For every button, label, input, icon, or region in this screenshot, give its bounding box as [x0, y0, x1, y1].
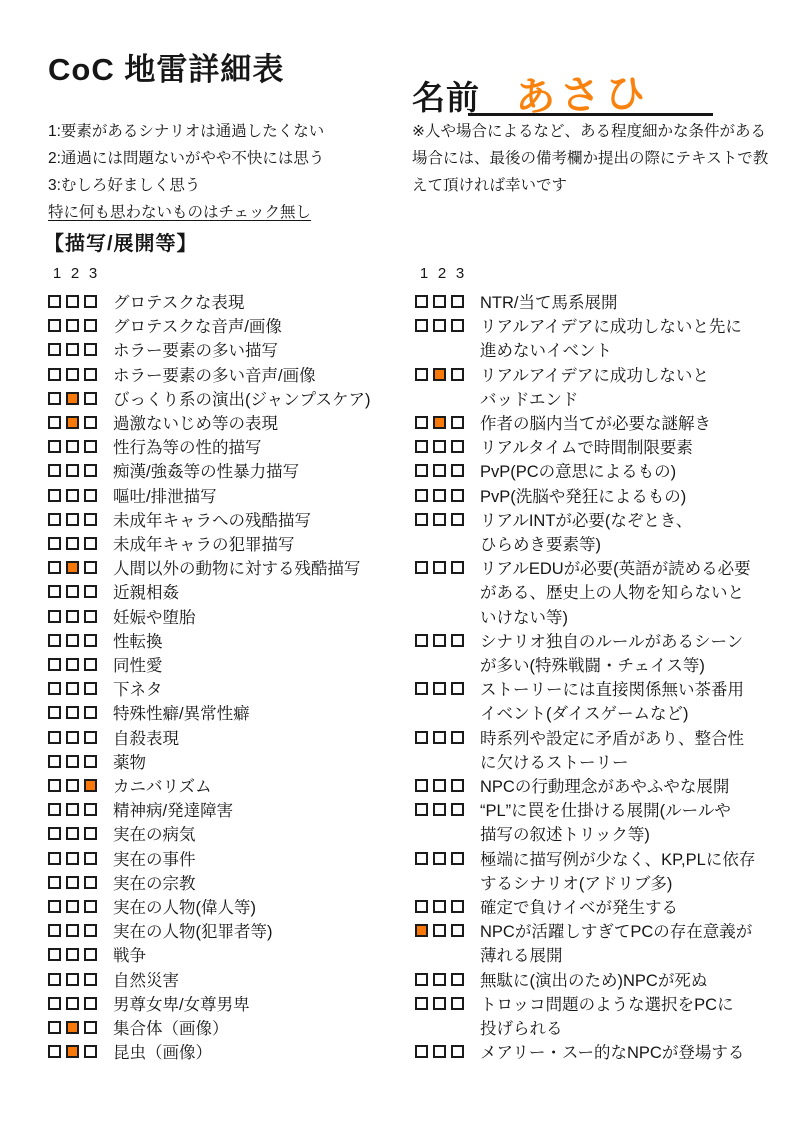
- checkbox-2[interactable]: [66, 513, 79, 526]
- checkbox-1[interactable]: [48, 973, 61, 986]
- checkbox-3[interactable]: [84, 731, 97, 744]
- checkbox-1[interactable]: [415, 973, 428, 986]
- checklist-item-label: 特殊性癖/異常性癖: [113, 702, 250, 726]
- checkbox-2[interactable]: [433, 900, 446, 913]
- checkbox-2-checked[interactable]: [66, 392, 79, 405]
- checklist-item: 近親相姦: [48, 581, 371, 605]
- checkbox-1[interactable]: [48, 876, 61, 889]
- checklist-item-label: トロッコ問題のような選択をPCに投げられる: [480, 993, 734, 1041]
- checkbox-group: [415, 1041, 464, 1058]
- section-title: 【描写/展開等】: [44, 227, 198, 256]
- checklist-item-label: 痴漢/強姦等の性暴力描写: [113, 460, 299, 484]
- checkbox-3[interactable]: [451, 634, 464, 647]
- checklist-item-label: シナリオ独自のルールがあるシーンが多い(特殊戦闘・チェイス等): [480, 630, 743, 678]
- checkbox-2[interactable]: [66, 610, 79, 623]
- checkbox-3[interactable]: [84, 948, 97, 961]
- checkbox-3[interactable]: [451, 319, 464, 332]
- checkbox-1[interactable]: [48, 658, 61, 671]
- checkbox-2[interactable]: [66, 658, 79, 671]
- checkbox-3[interactable]: [451, 561, 464, 574]
- checkbox-group: [415, 485, 464, 502]
- checklist-item-label: 戦争: [113, 944, 146, 968]
- checklist-item-label: 薬物: [113, 751, 146, 775]
- checkbox-2-checked[interactable]: [66, 1021, 79, 1034]
- checkbox-1[interactable]: [48, 343, 61, 356]
- checklist-item-label: リアルアイデアに成功しないと先に進めないイベント: [480, 315, 742, 363]
- checklist-item: PvP(PCの意思によるもの): [415, 460, 755, 484]
- checkbox-3[interactable]: [451, 464, 464, 477]
- checklist-item: 自殺表現: [48, 727, 371, 751]
- checklist-item-label: 無駄に(演出のため)NPCが死ぬ: [480, 969, 707, 993]
- checklist-item-label: 未成年キャラの犯罪描写: [113, 533, 295, 557]
- checkbox-3[interactable]: [84, 682, 97, 695]
- checkbox-group: [48, 533, 97, 550]
- checkbox-1[interactable]: [48, 295, 61, 308]
- checkbox-2[interactable]: [66, 827, 79, 840]
- scale-header-left: 1 2 3: [48, 265, 102, 282]
- checkbox-3[interactable]: [84, 803, 97, 816]
- handwritten-name: あさひ: [514, 61, 651, 123]
- checkbox-1[interactable]: [415, 634, 428, 647]
- checklist-item-label: ストーリーには直接関係無い茶番用イベント(ダイスゲームなど): [480, 678, 744, 726]
- checkbox-3[interactable]: [84, 610, 97, 623]
- checklist-item: グロテスクな音声/画像: [48, 315, 371, 339]
- checkbox-1[interactable]: [48, 319, 61, 332]
- checkbox-group: [415, 969, 464, 986]
- checklist-item: 薬物: [48, 751, 371, 775]
- checkbox-group: [48, 678, 97, 695]
- checkbox-3[interactable]: [84, 319, 97, 332]
- checkbox-1[interactable]: [415, 513, 428, 526]
- checkbox-1[interactable]: [415, 682, 428, 695]
- checkbox-2[interactable]: [66, 803, 79, 816]
- checkbox-3[interactable]: [84, 561, 97, 574]
- checkbox-2[interactable]: [433, 295, 446, 308]
- checkbox-2[interactable]: [433, 682, 446, 695]
- checklist-item-label: 自然災害: [113, 969, 179, 993]
- checkbox-3[interactable]: [84, 537, 97, 550]
- checkbox-3[interactable]: [451, 779, 464, 792]
- checklist-item: メアリー・スー的なNPCが登場する: [415, 1041, 755, 1065]
- checkbox-3[interactable]: [84, 924, 97, 937]
- checklist-item-label: 実在の宗教: [113, 872, 196, 896]
- checkbox-2[interactable]: [66, 755, 79, 768]
- scale-1: 1: [48, 265, 66, 282]
- checklist-item-label: カニバリズム: [113, 775, 212, 799]
- checkbox-1[interactable]: [48, 924, 61, 937]
- checklist-item-label: 同性愛: [113, 654, 163, 678]
- checkbox-2-checked[interactable]: [66, 561, 79, 574]
- note-line-3: えて頂ければ幸いです: [412, 172, 768, 199]
- checklist-item-label: 下ネタ: [113, 678, 163, 702]
- checkbox-1[interactable]: [415, 368, 428, 381]
- checkbox-1[interactable]: [415, 319, 428, 332]
- checkbox-2[interactable]: [66, 924, 79, 937]
- checkbox-2[interactable]: [433, 973, 446, 986]
- checkbox-1[interactable]: [48, 827, 61, 840]
- checkbox-group: [415, 412, 464, 429]
- checkbox-1[interactable]: [415, 416, 428, 429]
- checklist-item-label: NPCの行動理念があやふやな展開: [480, 775, 729, 799]
- checkbox-group: [48, 1041, 97, 1058]
- checkbox-group: [48, 485, 97, 502]
- checkbox-group: [415, 364, 464, 381]
- checklist-item: 未成年キャラへの残酷描写: [48, 509, 371, 533]
- checklist-item: 時系列や設定に矛盾があり、整合性に欠けるストーリー: [415, 727, 755, 775]
- checklist-item: “PL”に罠を仕掛ける展開(ルールや描写の叙述トリック等): [415, 799, 755, 847]
- checklist-item: 特殊性癖/異常性癖: [48, 702, 371, 726]
- checklist-item-label: NPCが活躍しすぎてPCの存在意義が薄れる展開: [480, 920, 752, 968]
- checkbox-3[interactable]: [84, 489, 97, 502]
- checkbox-2[interactable]: [66, 343, 79, 356]
- note-line-2: 場合には、最後の備考欄か提出の際にテキストで教: [412, 145, 768, 172]
- checkbox-3[interactable]: [451, 731, 464, 744]
- checkbox-2[interactable]: [66, 440, 79, 453]
- checkbox-1[interactable]: [48, 1021, 61, 1034]
- checkbox-2[interactable]: [66, 948, 79, 961]
- checkbox-group: [48, 799, 97, 816]
- checkbox-3[interactable]: [84, 392, 97, 405]
- checkbox-1[interactable]: [415, 779, 428, 792]
- checkbox-3[interactable]: [451, 803, 464, 816]
- checkbox-3[interactable]: [84, 416, 97, 429]
- checklist-item-label: NTR/当て馬系展開: [480, 291, 618, 315]
- checkbox-3[interactable]: [84, 997, 97, 1010]
- legend-footer: 特に何も思わないものはチェック無し: [48, 199, 324, 226]
- checklist-item: 作者の脳内当てが必要な謎解き: [415, 412, 755, 436]
- checkbox-1[interactable]: [48, 706, 61, 719]
- checkbox-2[interactable]: [66, 706, 79, 719]
- checklist-item-label: リアルアイデアに成功しないとバッドエンド: [480, 364, 709, 412]
- checkbox-1[interactable]: [48, 852, 61, 865]
- checkbox-1[interactable]: [48, 731, 61, 744]
- checkbox-2[interactable]: [433, 489, 446, 502]
- checkbox-1[interactable]: [48, 440, 61, 453]
- checklist-item-label: 未成年キャラへの残酷描写: [113, 509, 311, 533]
- checklist-item: 自然災害: [48, 969, 371, 993]
- checkbox-1[interactable]: [415, 731, 428, 744]
- checkbox-3[interactable]: [451, 513, 464, 526]
- checkbox-3[interactable]: [84, 706, 97, 719]
- checkbox-1[interactable]: [48, 416, 61, 429]
- checkbox-1[interactable]: [48, 537, 61, 550]
- checkbox-3[interactable]: [84, 900, 97, 913]
- checkbox-3[interactable]: [84, 585, 97, 598]
- checklist-item-label: リアルINTが必要(なぞとき、ひらめき要素等): [480, 509, 692, 557]
- checkbox-group: [415, 848, 464, 865]
- checkbox-group: [48, 581, 97, 598]
- checkbox-1[interactable]: [48, 682, 61, 695]
- checkbox-2[interactable]: [66, 464, 79, 477]
- checklist-item-label: メアリー・スー的なNPCが登場する: [480, 1041, 744, 1065]
- checkbox-3[interactable]: [451, 924, 464, 937]
- checkbox-group: [415, 557, 464, 574]
- checklist-item: 人間以外の動物に対する残酷描写: [48, 557, 371, 581]
- checkbox-group: [415, 993, 464, 1010]
- checklist-item: 同性愛: [48, 654, 371, 678]
- checkbox-group: [48, 436, 97, 453]
- checklist-item-label: PvP(PCの意思によるもの): [480, 460, 676, 484]
- checkbox-group: [48, 291, 97, 308]
- checkbox-group: [415, 436, 464, 453]
- checklist-item: カニバリズム: [48, 775, 371, 799]
- checklist-item-label: 男尊女卑/女尊男卑: [113, 993, 250, 1017]
- checkbox-1[interactable]: [415, 464, 428, 477]
- checkbox-3-checked[interactable]: [84, 779, 97, 792]
- checkbox-3[interactable]: [451, 489, 464, 502]
- checkbox-3[interactable]: [84, 464, 97, 477]
- checkbox-1[interactable]: [415, 1045, 428, 1058]
- checkbox-1[interactable]: [415, 561, 428, 574]
- note: ※人や場合によるなど、ある程度細かな条件がある 場合には、最後の備考欄か提出の際…: [412, 118, 768, 199]
- checklist-item: 過激ないじめ等の表現: [48, 412, 371, 436]
- checkbox-3[interactable]: [451, 997, 464, 1010]
- checklist-item-label: 実在の事件: [113, 848, 196, 872]
- checkbox-2[interactable]: [66, 319, 79, 332]
- checklist-item-label: 確定で負けイベが発生する: [480, 896, 678, 920]
- checkbox-group: [48, 775, 97, 792]
- checklist-item-label: グロテスクな表現: [113, 291, 244, 315]
- checkbox-group: [48, 727, 97, 744]
- checklist-item: 実在の病気: [48, 823, 371, 847]
- checklist-item-label: 実在の病気: [113, 823, 196, 847]
- checkbox-1[interactable]: [415, 900, 428, 913]
- checkbox-3[interactable]: [84, 343, 97, 356]
- checkbox-2[interactable]: [433, 464, 446, 477]
- checkbox-group: [415, 315, 464, 332]
- legend: 1:要素があるシナリオは通過したくない 2:通過には問題ないがやや不快には思う …: [48, 118, 324, 226]
- checkbox-3[interactable]: [451, 440, 464, 453]
- checkbox-1[interactable]: [48, 464, 61, 477]
- checkbox-group: [48, 606, 97, 623]
- checkbox-group: [48, 920, 97, 937]
- checkbox-1-checked[interactable]: [415, 924, 428, 937]
- checkbox-3[interactable]: [84, 1045, 97, 1058]
- checkbox-group: [48, 364, 97, 381]
- checklist-item: 実在の人物(偉人等): [48, 896, 371, 920]
- checkbox-3[interactable]: [451, 295, 464, 308]
- checklist-item: シナリオ独自のルールがあるシーンが多い(特殊戦闘・チェイス等): [415, 630, 755, 678]
- note-line-1: ※人や場合によるなど、ある程度細かな条件がある: [412, 118, 768, 145]
- checkbox-3[interactable]: [84, 295, 97, 308]
- checkbox-2[interactable]: [433, 852, 446, 865]
- checkbox-1[interactable]: [48, 779, 61, 792]
- checkbox-1[interactable]: [48, 392, 61, 405]
- checkbox-2[interactable]: [433, 779, 446, 792]
- checkbox-1[interactable]: [48, 489, 61, 502]
- checkbox-1[interactable]: [48, 585, 61, 598]
- checklist-item-label: 昆虫（画像）: [113, 1041, 212, 1065]
- checkbox-2-checked[interactable]: [66, 416, 79, 429]
- checkbox-1[interactable]: [48, 561, 61, 574]
- checklist-item-label: びっくり系の演出(ジャンプスケア): [113, 388, 371, 412]
- checkbox-1[interactable]: [48, 634, 61, 647]
- checklist-item-label: 自殺表現: [113, 727, 179, 751]
- checklist-item-label: PvP(洗脳や発狂によるもの): [480, 485, 686, 509]
- checklist-item: 確定で負けイベが発生する: [415, 896, 755, 920]
- checkbox-group: [48, 751, 97, 768]
- checkbox-2[interactable]: [66, 973, 79, 986]
- checkbox-2[interactable]: [66, 779, 79, 792]
- page: CoC 地雷詳細表 名前 あさひ 1:要素があるシナリオは通過したくない 2:通…: [0, 0, 800, 1131]
- checklist-item: ストーリーには直接関係無い茶番用イベント(ダイスゲームなど): [415, 678, 755, 726]
- checkbox-2[interactable]: [433, 319, 446, 332]
- checkbox-group: [415, 896, 464, 913]
- checklist-item-label: 集合体（画像）: [113, 1017, 229, 1041]
- checkbox-3[interactable]: [84, 440, 97, 453]
- checkbox-3[interactable]: [84, 634, 97, 647]
- checklist-item: 精神病/発達障害: [48, 799, 371, 823]
- checklist-item-label: リアルEDUが必要(英語が読める必要がある、歴史上の人物を知らないといけない等): [480, 557, 751, 630]
- checkbox-group: [48, 969, 97, 986]
- checkbox-group: [415, 727, 464, 744]
- scale-header-right: 1 2 3: [415, 265, 469, 282]
- legend-line-2: 2:通過には問題ないがやや不快には思う: [48, 145, 324, 172]
- checkbox-group: [48, 412, 97, 429]
- checkbox-1[interactable]: [415, 997, 428, 1010]
- checklist-item-label: グロテスクな音声/画像: [113, 315, 282, 339]
- checkbox-group: [48, 315, 97, 332]
- checkbox-3[interactable]: [84, 827, 97, 840]
- checklist-item-label: 過激ないじめ等の表現: [113, 412, 278, 436]
- scale-2: 2: [433, 265, 451, 282]
- legend-line-3: 3:むしろ好ましく思う: [48, 172, 324, 199]
- checklist-item: 性転換: [48, 630, 371, 654]
- checkbox-2[interactable]: [433, 1045, 446, 1058]
- checkbox-2-checked[interactable]: [433, 416, 446, 429]
- checklist-item-label: 性行為等の性的描写: [113, 436, 262, 460]
- checkbox-2[interactable]: [66, 876, 79, 889]
- checkbox-2[interactable]: [66, 585, 79, 598]
- checkbox-group: [48, 557, 97, 574]
- checkbox-group: [48, 339, 97, 356]
- checkbox-group: [415, 920, 464, 937]
- checkbox-2[interactable]: [433, 803, 446, 816]
- checklist-item: びっくり系の演出(ジャンプスケア): [48, 388, 371, 412]
- checkbox-2[interactable]: [433, 440, 446, 453]
- checkbox-2[interactable]: [66, 537, 79, 550]
- checkbox-2[interactable]: [433, 924, 446, 937]
- checklist-item: 下ネタ: [48, 678, 371, 702]
- checkbox-3[interactable]: [84, 368, 97, 381]
- checklist-item: NPCの行動理念があやふやな展開: [415, 775, 755, 799]
- checklist-item-label: 実在の人物(犯罪者等): [113, 920, 273, 944]
- checkbox-1[interactable]: [48, 513, 61, 526]
- checklist-item-label: “PL”に罠を仕掛ける展開(ルールや描写の叙述トリック等): [480, 799, 731, 847]
- checklist-item: ホラー要素の多い描写: [48, 339, 371, 363]
- checkbox-2[interactable]: [66, 368, 79, 381]
- checkbox-2[interactable]: [433, 634, 446, 647]
- checklist-item-label: 近親相姦: [113, 581, 179, 605]
- checkbox-3[interactable]: [451, 973, 464, 986]
- checkbox-3[interactable]: [84, 973, 97, 986]
- checkbox-3[interactable]: [451, 416, 464, 429]
- checkbox-1[interactable]: [48, 368, 61, 381]
- checklist-item-label: 人間以外の動物に対する残酷描写: [113, 557, 361, 581]
- checklist-item: リアルINTが必要(なぞとき、ひらめき要素等): [415, 509, 755, 557]
- checklist-item-label: 極端に描写例が少なく、KP,PLに依存するシナリオ(アドリブ多): [480, 848, 755, 896]
- checkbox-1[interactable]: [415, 295, 428, 308]
- checkbox-2[interactable]: [66, 489, 79, 502]
- checkbox-3[interactable]: [84, 755, 97, 768]
- checkbox-group: [415, 460, 464, 477]
- checklist-item: トロッコ問題のような選択をPCに投げられる: [415, 993, 755, 1041]
- checkbox-1[interactable]: [48, 1045, 61, 1058]
- scale-3: 3: [84, 265, 102, 282]
- checkbox-1[interactable]: [415, 489, 428, 502]
- checkbox-2-checked[interactable]: [433, 368, 446, 381]
- checklist-item: 男尊女卑/女尊男卑: [48, 993, 371, 1017]
- checkbox-2[interactable]: [66, 997, 79, 1010]
- checklist-item: 極端に描写例が少なく、KP,PLに依存するシナリオ(アドリブ多): [415, 848, 755, 896]
- checklist-item-label: ホラー要素の多い音声/画像: [113, 364, 316, 388]
- checkbox-3[interactable]: [84, 876, 97, 889]
- checklist-item-label: リアルタイムで時間制限要素: [480, 436, 693, 460]
- checkbox-2[interactable]: [66, 295, 79, 308]
- checkbox-1[interactable]: [48, 610, 61, 623]
- checklist-item: 性行為等の性的描写: [48, 436, 371, 460]
- checkbox-1[interactable]: [415, 852, 428, 865]
- name-label: 名前: [412, 72, 480, 119]
- checklist-item: 実在の事件: [48, 848, 371, 872]
- checkbox-3[interactable]: [84, 1021, 97, 1034]
- checkbox-group: [48, 896, 97, 913]
- checkbox-group: [48, 702, 97, 719]
- checkbox-1[interactable]: [48, 900, 61, 913]
- checkbox-2[interactable]: [433, 731, 446, 744]
- checkbox-2-checked[interactable]: [66, 1045, 79, 1058]
- checkbox-1[interactable]: [415, 440, 428, 453]
- checklist-item: 痴漢/強姦等の性暴力描写: [48, 460, 371, 484]
- checkbox-2[interactable]: [433, 997, 446, 1010]
- checkbox-2[interactable]: [66, 900, 79, 913]
- checkbox-group: [415, 291, 464, 308]
- checkbox-1[interactable]: [415, 803, 428, 816]
- checklist-item: 未成年キャラの犯罪描写: [48, 533, 371, 557]
- checklist-item-label: 嘔吐/排泄描写: [113, 485, 217, 509]
- checklist-item: リアルアイデアに成功しないとバッドエンド: [415, 364, 755, 412]
- checkbox-group: [415, 509, 464, 526]
- checkbox-3[interactable]: [451, 1045, 464, 1058]
- checkbox-1[interactable]: [48, 948, 61, 961]
- checkbox-2[interactable]: [66, 682, 79, 695]
- checkbox-2[interactable]: [433, 513, 446, 526]
- checkbox-2[interactable]: [433, 561, 446, 574]
- checkbox-3[interactable]: [84, 658, 97, 671]
- checkbox-3[interactable]: [84, 852, 97, 865]
- checklist-item: 嘔吐/排泄描写: [48, 485, 371, 509]
- checklist-column-left: グロテスクな表現グロテスクな音声/画像ホラー要素の多い描写ホラー要素の多い音声/…: [48, 291, 371, 1066]
- checkbox-group: [48, 1017, 97, 1034]
- checkbox-3[interactable]: [451, 900, 464, 913]
- checkbox-1[interactable]: [48, 997, 61, 1010]
- checkbox-3[interactable]: [451, 368, 464, 381]
- checkbox-1[interactable]: [48, 803, 61, 816]
- checkbox-3[interactable]: [84, 513, 97, 526]
- legend-line-1: 1:要素があるシナリオは通過したくない: [48, 118, 324, 145]
- checkbox-3[interactable]: [451, 682, 464, 695]
- checklist-item: グロテスクな表現: [48, 291, 371, 315]
- checkbox-2[interactable]: [66, 634, 79, 647]
- checkbox-group: [48, 823, 97, 840]
- checkbox-3[interactable]: [451, 852, 464, 865]
- checkbox-group: [48, 944, 97, 961]
- checkbox-1[interactable]: [48, 755, 61, 768]
- checklist-item-label: 実在の人物(偉人等): [113, 896, 256, 920]
- checkbox-2[interactable]: [66, 731, 79, 744]
- checkbox-2[interactable]: [66, 852, 79, 865]
- checklist-item: リアルアイデアに成功しないと先に進めないイベント: [415, 315, 755, 363]
